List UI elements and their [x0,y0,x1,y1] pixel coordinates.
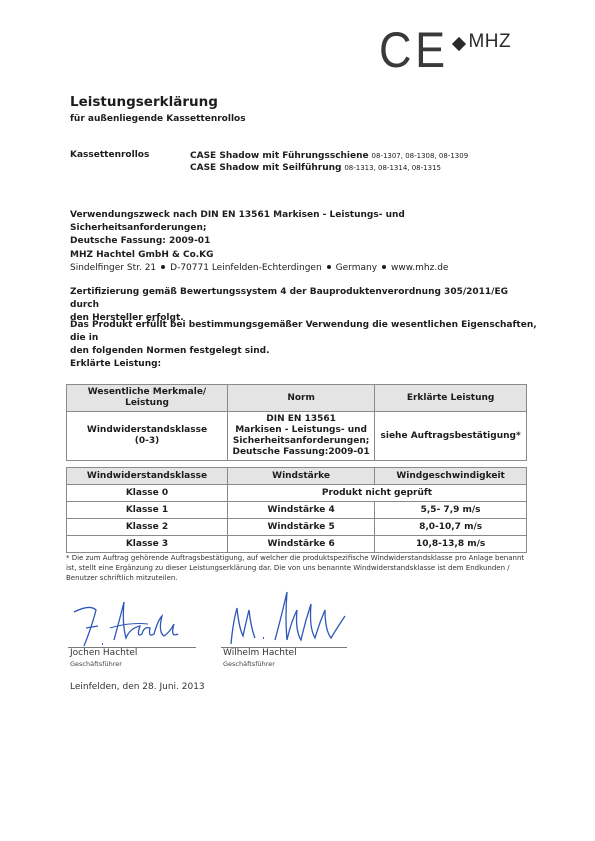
table-cell: Klasse 3 [67,536,228,553]
signature-wilhelm-icon [225,588,355,648]
cell-text: Windwiderstandsklasse [71,425,223,436]
table-cell: Windstärke 6 [228,536,375,553]
address-street: Sindelfinger Str. 21 [70,263,156,273]
brand-name: MHZ [468,31,511,53]
company-website[interactable]: www.mhz.de [391,263,448,273]
signatory-name: Wilhelm Hachtel [223,648,297,658]
company-address: Sindelfinger Str. 21D-70771 Leinfelden-E… [70,262,540,275]
product-name: CASE Shadow mit Führungsschiene [190,151,369,161]
bullet-icon [327,265,331,269]
table-cell: Klasse 0 [67,485,228,502]
header-cell: Erklärte Leistung [375,385,527,412]
table-cell: Klasse 2 [67,519,228,536]
conformity-line: den folgenden Normen festgelegt sind. [70,345,540,358]
table-cell: Windstärke 5 [228,519,375,536]
intended-use-line: Verwendungszweck nach DIN EN 13561 Marki… [70,209,540,235]
product-line: CASE Shadow mit Seilführung 08-1313, 08-… [190,162,468,174]
header-text: Leistung [71,398,223,409]
cell-text: Markisen - Leistungs- und [232,425,370,436]
address-city: D-70771 Leinfelden-Echterdingen [170,263,322,273]
signatory-name: Jochen Hachtel [70,648,137,658]
bullet-icon [161,265,165,269]
table-row: Klasse 0 Produkt nicht geprüft [67,485,527,502]
signatory-role: Geschäftsführer [70,660,122,668]
header-cell: Windwiderstandsklasse [67,468,228,485]
product-lines: CASE Shadow mit Führungsschiene 08-1307,… [190,150,468,174]
table-cell: Produkt nicht geprüft [228,485,527,502]
page-title: Leistungserklärung [70,94,218,110]
product-name: CASE Shadow mit Seilführung [190,163,341,173]
table-header-row: Windwiderstandsklasse Windstärke Windges… [67,468,527,485]
table-cell: Windwiderstandsklasse (0-3) [67,412,228,461]
table-cell: Klasse 1 [67,502,228,519]
table-row: Klasse 3 Windstärke 6 10,8-13,8 m/s [67,536,527,553]
cell-text: DIN EN 13561 [232,414,370,425]
intended-use: Verwendungszweck nach DIN EN 13561 Marki… [70,209,540,248]
signature-jochen-icon [70,598,190,650]
signatory-role: Geschäftsführer [223,660,275,668]
table-row: Klasse 1 Windstärke 4 5,5- 7,9 m/s [67,502,527,519]
product-category: Kassettenrollos [70,150,149,160]
cell-text: Sicherheitsanforderungen; [232,436,370,447]
intended-use-line: Deutsche Fassung: 2009-01 [70,235,540,248]
table-cell: siehe Auftragsbestätigung* [375,412,527,461]
conformity-statement: Das Produkt erfüllt bei bestimmungsgemäß… [70,319,540,358]
table-cell: 8,0-10,7 m/s [375,519,527,536]
bullet-icon [382,265,386,269]
header-cell: Wesentliche Merkmale/ Leistung [67,385,228,412]
ce-mhz-logo: CE MHZ [379,28,511,72]
certification-line: Zertifizierung gemäß Bewertungssystem 4 … [70,286,540,312]
product-line: CASE Shadow mit Führungsschiene 08-1307,… [190,150,468,162]
product-codes: 08-1307, 08-1308, 08-1309 [372,152,469,160]
wind-class-table: Windwiderstandsklasse Windstärke Windges… [66,467,527,553]
declared-performance-label: Erklärte Leistung: [70,358,540,371]
table-row: Windwiderstandsklasse (0-3) DIN EN 13561… [67,412,527,461]
header-cell: Windstärke [228,468,375,485]
product-codes: 08-1313, 08-1314, 08-1315 [344,164,441,172]
conformity-line: Das Produkt erfüllt bei bestimmungsgemäß… [70,319,540,345]
header-cell: Windgeschwindigkeit [375,468,527,485]
cell-text: Deutsche Fassung:2009-01 [232,447,370,458]
place-date: Leinfelden, den 28. Juni. 2013 [70,682,205,692]
header-text: Wesentliche Merkmale/ [71,387,223,398]
diamond-icon [452,37,466,51]
table-row: Klasse 2 Windstärke 5 8,0-10,7 m/s [67,519,527,536]
table-header-row: Wesentliche Merkmale/ Leistung Norm Erkl… [67,385,527,412]
company-name: MHZ Hachtel GmbH & Co.KG [70,249,540,262]
ce-mark: CE [379,28,449,72]
header-cell: Norm [228,385,375,412]
footnote: * Die zum Auftrag gehörende Auftragsbest… [66,553,534,583]
table-cell: DIN EN 13561 Markisen - Leistungs- und S… [228,412,375,461]
cell-text: (0-3) [71,436,223,447]
table-cell: Windstärke 4 [228,502,375,519]
table-cell: 5,5- 7,9 m/s [375,502,527,519]
table-cell: 10,8-13,8 m/s [375,536,527,553]
page-subtitle: für außenliegende Kassettenrollos [70,114,246,124]
address-country: Germany [336,263,377,273]
performance-table: Wesentliche Merkmale/ Leistung Norm Erkl… [66,384,527,461]
